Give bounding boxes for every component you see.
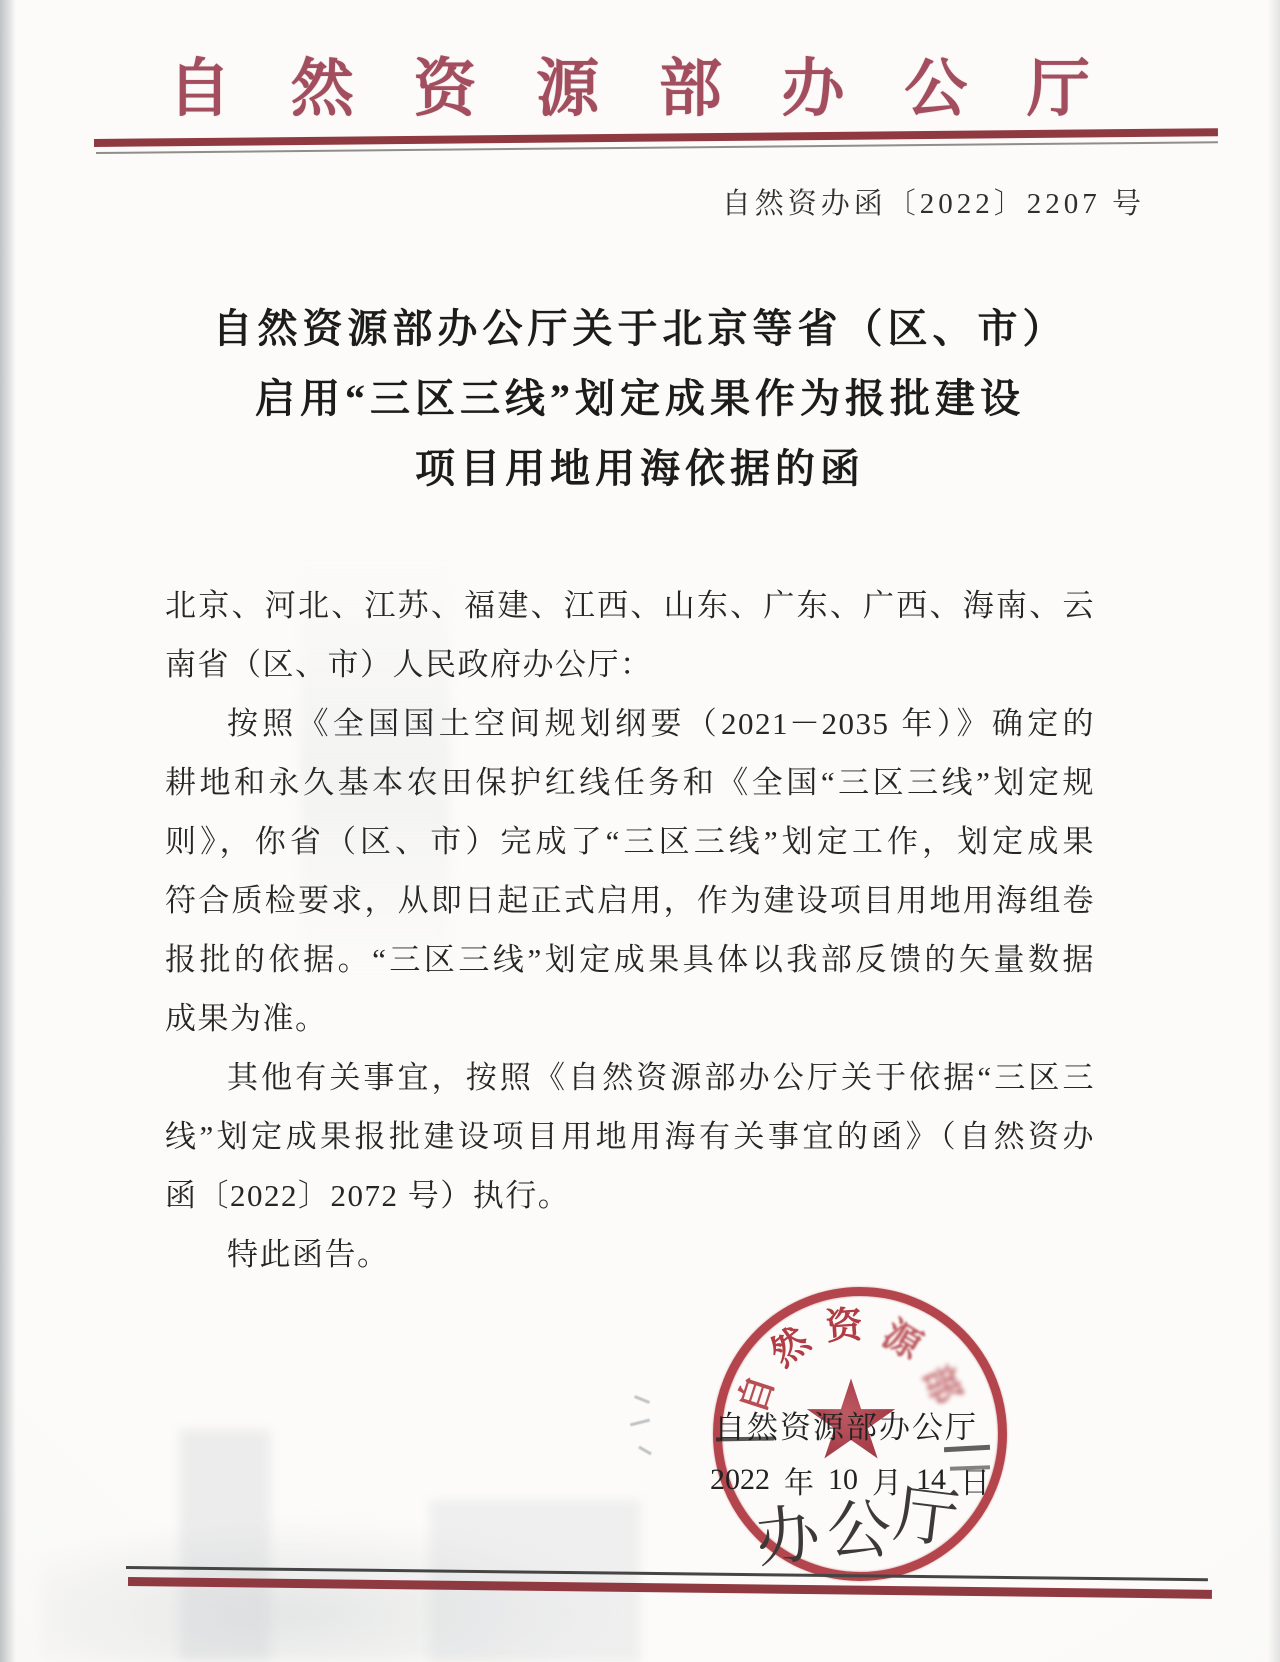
char: 然 — [291, 38, 354, 129]
char: 资 — [823, 1294, 864, 1350]
body-line: 按照《全国国土空间规划纲要（2021－2035 年）》确定的 — [165, 694, 1095, 753]
scan-mark — [634, 1395, 650, 1404]
body-line: 符合质检要求，从即日起正式启用，作为建设项目用地用海组卷 — [165, 871, 1095, 930]
body-line: 南省（区、市）人民政府办公厅： — [165, 635, 1095, 694]
char: 自 — [714, 1402, 745, 1442]
scanned-official-letter: 自然资源部办公厅 自然资办函〔2022〕2207 号 自然资源部办公厅关于北京等… — [0, 0, 1280, 1662]
scan-mark — [638, 1446, 652, 1456]
char: 部 — [659, 38, 722, 129]
char: 源 — [536, 38, 599, 129]
body-line: 其他有关事宜，按照《自然资源部办公厅关于依据“三区三 — [165, 1048, 1095, 1107]
char: 源 — [874, 1304, 934, 1369]
scan-edge-shadow-left — [0, 0, 16, 1662]
document-number: 自然资办函〔2022〕2207 号 — [600, 181, 1145, 222]
char: 厅 — [1027, 38, 1090, 129]
body-line: 北京、河北、江苏、福建、江西、山东、广东、广西、海南、云 — [165, 576, 1095, 635]
char: 资 — [780, 1402, 811, 1442]
char: 然 — [756, 1311, 818, 1376]
char: 办 — [879, 1402, 910, 1442]
document-title: 自然资源部办公厅关于北京等省（区、市） 启用“三区三线”划定成果作为报批建设 项… — [90, 294, 1190, 504]
scan-mark — [630, 1419, 650, 1427]
char: 自 — [168, 38, 231, 129]
char: 2022 — [710, 1463, 770, 1497]
char: 部 — [846, 1402, 877, 1442]
char: 14 — [916, 1463, 946, 1497]
body-line: 耕地和永久基本农田保护红线任务和《全国“三区三线”划定规 — [165, 753, 1095, 812]
char: 资 — [413, 38, 476, 129]
char: 办 — [782, 38, 845, 129]
body-line: 成果为准。 — [165, 989, 1095, 1048]
body-line: 线”划定成果报批建设项目用地用海有关事宜的函》（自然资办 — [165, 1107, 1095, 1166]
body-line: 函〔2022〕2072 号）执行。 — [165, 1166, 1095, 1225]
title-line-2: 启用“三区三线”划定成果作为报批建设 — [90, 364, 1190, 434]
body-line: 则》，你省（区、市）完成了“三区三线”划定工作，划定成果 — [165, 812, 1095, 871]
title-line-1: 自然资源部办公厅关于北京等省（区、市） — [90, 294, 1190, 364]
signature-date: 2022年10月14日 — [710, 1461, 990, 1499]
body-line: 报批的依据。“三区三线”划定成果具体以我部反馈的矢量数据 — [165, 930, 1095, 989]
char: 源 — [813, 1402, 844, 1442]
char: 年 — [784, 1458, 814, 1502]
scan-streak — [180, 1430, 270, 1660]
letter-body: 北京、河北、江苏、福建、江西、山东、广东、广西、海南、云南省（区、市）人民政府办… — [165, 576, 1095, 1284]
scan-edge-shadow-right — [1268, 0, 1280, 1662]
char: 月 — [872, 1458, 902, 1502]
body-line: 特此函告。 — [165, 1225, 1095, 1284]
char: 10 — [828, 1463, 858, 1497]
char: 厅 — [945, 1402, 976, 1442]
title-line-3: 项目用地用海依据的函 — [90, 434, 1190, 504]
char: 公 — [912, 1402, 943, 1442]
char: 公 — [904, 38, 967, 129]
letterhead-title: 自然资源部办公厅 — [168, 42, 1090, 124]
